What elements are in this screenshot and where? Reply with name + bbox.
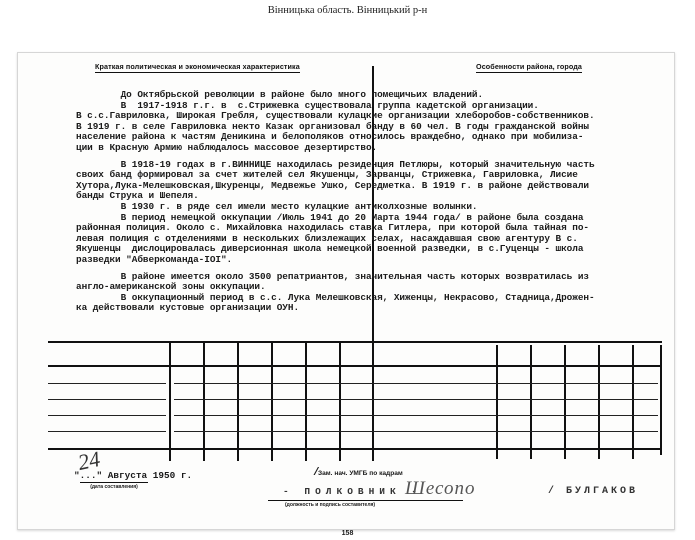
text-line: До Октябрьской революции в районе было м… [76,90,676,101]
header-political-economic: Краткая политическая и экономическая хар… [95,62,300,73]
date-caption: (дата составления) [80,482,148,490]
header-district-features: Особенности района, города [476,62,582,73]
characteristic-text: До Октябрьской революции в районе было м… [76,90,676,314]
text-line: ции в Красную Армию наблюдалось массовое… [76,143,676,154]
surname: / БУЛГАКОВ [548,486,638,497]
compilation-date: "..." Августа 1950 г. [74,470,192,481]
running-head: Вінницька область. Вінницький р-н [0,5,695,16]
text-line: В 1930 г. в ряде сел имели место кулацки… [76,202,676,213]
page-number: 158 [0,530,695,537]
position-title: Зам. нач. УМГБ по кадрам [318,470,403,477]
signature-underline [268,500,463,501]
rank: - ПОЛКОВНИК - [283,486,422,497]
text-line: ка действовали кустовые организации ОУН. [76,303,676,314]
text-line: разведки "Абверкоманда-IОI". [76,255,676,266]
position-caption: (должность и подпись составителя) [285,502,375,508]
empty-ruled-table [48,341,662,463]
handwritten-signature: Шесопо [405,478,475,500]
